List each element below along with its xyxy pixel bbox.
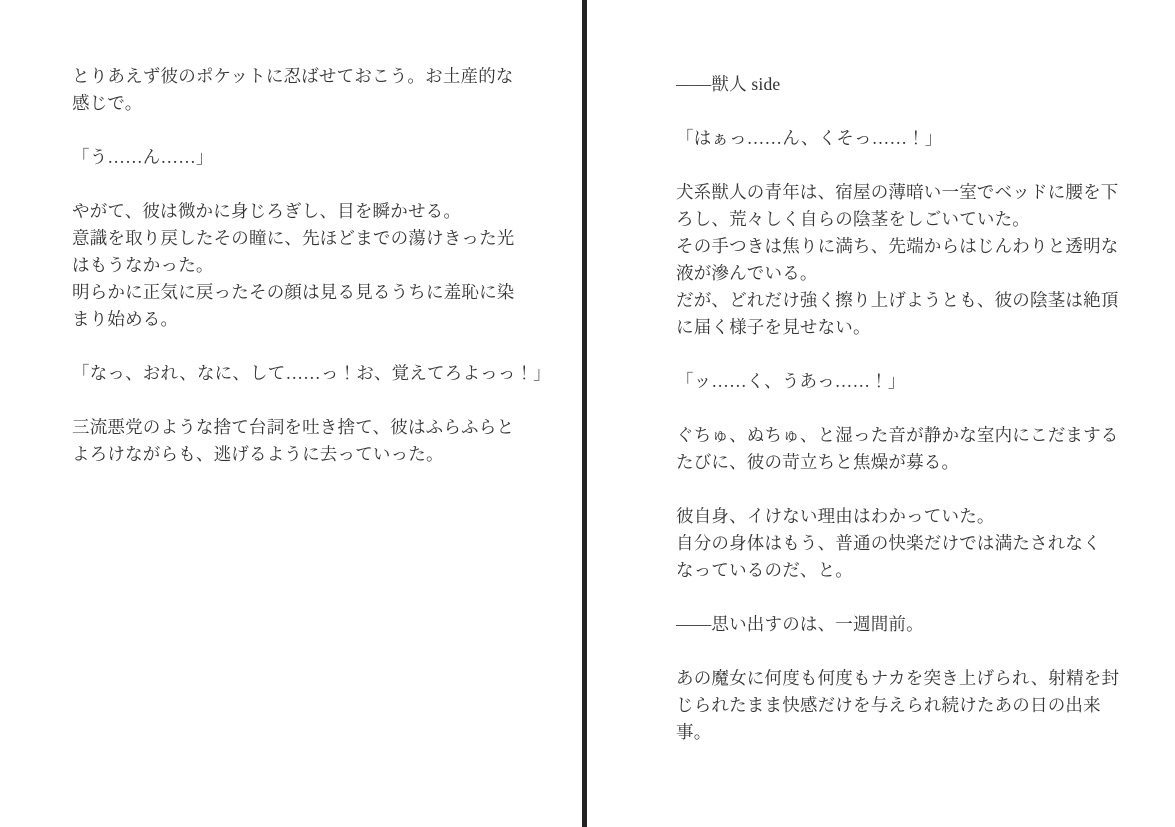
right-page: ——獣人 side 「はぁっ……ん、くそっ……！」 犬系獣人の青年は、宿屋の薄暗…: [676, 71, 1150, 773]
dialogue-paragraph: 「なっ、おれ、なに、して……っ！お、覚えてろよっっ！」: [72, 360, 578, 387]
flashback-lead-paragraph: ——思い出すのは、一週間前。: [676, 611, 1150, 638]
left-page: とりあえず彼のポケットに忍ばせておこう。お土産的な感じで。 「う……ん……」 や…: [72, 63, 578, 495]
dialogue-paragraph: 「う……ん……」: [72, 144, 578, 171]
dialogue-paragraph: 「はぁっ……ん、くそっ……！」: [676, 125, 1150, 152]
book-spread: とりあえず彼のポケットに忍ばせておこう。お土産的な感じで。 「う……ん……」 や…: [0, 0, 1175, 827]
paragraph: ぐちゅ、ぬちゅ、と湿った音が静かな室内にこだまするたびに、彼の苛立ちと焦燥が募る…: [676, 422, 1150, 476]
paragraph: 彼自身、イけない理由はわかっていた。自分の身体はもう、普通の快楽だけでは満たされ…: [676, 503, 1150, 584]
paragraph: あの魔女に何度も何度もナカを突き上げられ、射精を封じられたまま快感だけを与えられ…: [676, 665, 1150, 746]
dialogue-paragraph: 「ッ……く、うあっ……！」: [676, 368, 1150, 395]
section-heading-beastman-side: ——獣人 side: [676, 71, 1150, 98]
page-divider: [582, 0, 587, 827]
paragraph: 犬系獣人の青年は、宿屋の薄暗い一室でベッドに腰を下ろし、荒々しく自らの陰茎をしご…: [676, 179, 1150, 341]
book-spread-background: { "colors": { "background": "#ffffff", "…: [0, 0, 1175, 827]
paragraph: やがて、彼は微かに身じろぎし、目を瞬かせる。意識を取り戻したその瞳に、先ほどまで…: [72, 198, 578, 333]
paragraph: 三流悪党のような捨て台詞を吐き捨て、彼はふらふらとよろけながらも、逃げるように去…: [72, 414, 578, 468]
paragraph: とりあえず彼のポケットに忍ばせておこう。お土産的な感じで。: [72, 63, 578, 117]
